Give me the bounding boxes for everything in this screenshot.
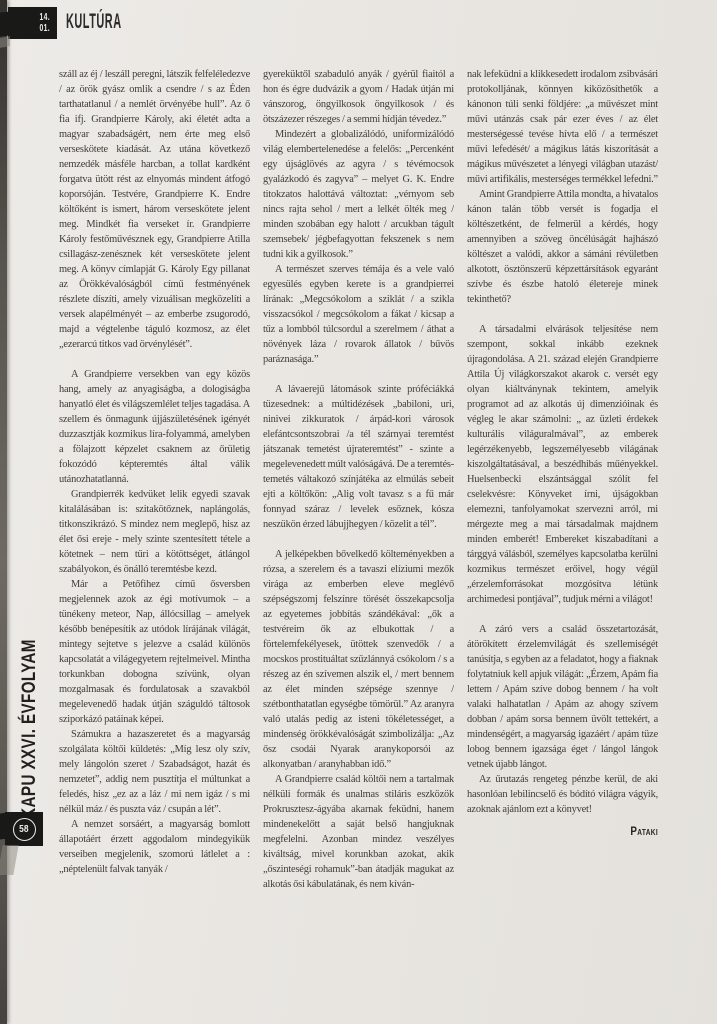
page-number-badge: 58 xyxy=(5,812,43,846)
text-column-1: száll az éj / leszáll peregni, látszik f… xyxy=(59,67,250,979)
author-signature: Pataki xyxy=(501,824,658,839)
paragraph: A Grandpierre család költői nem a tartal… xyxy=(263,772,454,892)
paragraph: A nemzet sorsáért, a magyarság bomlott á… xyxy=(59,817,250,877)
paragraph: A Grandpierre versekben van egy közös ha… xyxy=(59,367,250,487)
paragraph: Az űrutazás rengeteg pénzbe kerül, de ak… xyxy=(467,772,658,817)
paragraph: gyereküktől szabaduló anyák / gyérül fia… xyxy=(263,67,454,127)
page-number: 58 xyxy=(19,823,28,835)
text-column-2: gyereküktől szabaduló anyák / gyérül fia… xyxy=(263,67,454,979)
article-body: száll az éj / leszáll peregni, látszik f… xyxy=(59,67,658,979)
paragraph: A lávaerejű látomások szinte próféciákká… xyxy=(263,382,454,532)
magazine-page: 14. 01. KULTÚRA KAPU XXVI. ÉVFOLYAM 58 s… xyxy=(0,0,717,1024)
volume-label: KAPU XXVI. ÉVFOLYAM xyxy=(19,637,41,821)
paragraph: A záró vers a család összetartozását, át… xyxy=(467,622,658,772)
paragraph: Amint Grandpierre Attila mondta, a hivat… xyxy=(467,187,658,307)
section-title: KULTÚRA xyxy=(66,9,122,35)
issue-number-top: 14. xyxy=(21,12,50,23)
paragraph: nak lefeküdni a klikkesedett irodalom zs… xyxy=(467,67,658,187)
paragraph: A természet szerves témája és a vele val… xyxy=(263,262,454,367)
issue-number-bottom: 01. xyxy=(21,23,50,34)
text-column-3: nak lefeküdni a klikkesedett irodalom zs… xyxy=(467,67,658,979)
paragraph: Mindezért a globalizálódó, uniformizálód… xyxy=(263,127,454,262)
paragraph: Grandpierrék kedvüket lelik egyedi szava… xyxy=(59,487,250,577)
paragraph: száll az éj / leszáll peregni, látszik f… xyxy=(59,67,250,352)
paragraph: A társadalmi elvárások teljesítése nem s… xyxy=(467,322,658,607)
page-number-circle: 58 xyxy=(13,818,36,841)
issue-tab: 14. 01. xyxy=(8,7,57,39)
paragraph: A jelképekben bővelkedő költeményekben a… xyxy=(263,547,454,772)
paragraph: Már a Petőfihez című ősversben megjelenn… xyxy=(59,577,250,727)
paragraph: Számukra a hazaszeretet és a magyarság s… xyxy=(59,727,250,817)
